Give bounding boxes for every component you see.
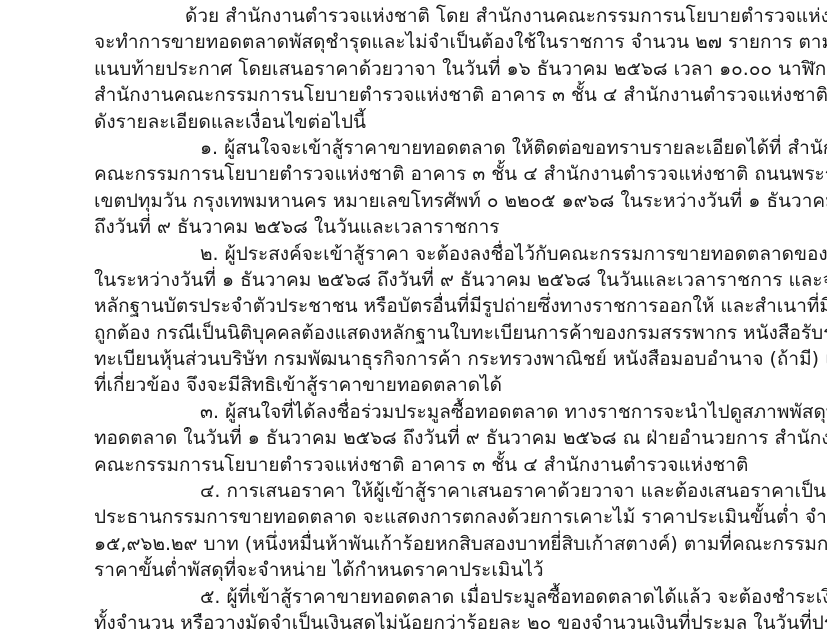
paragraph-intro: ด้วย สำนักงานตำรวจแห่งชาติ โดย สำนักงานค… bbox=[94, 3, 774, 135]
text-line: จะทำการขายทอดตลาดพัสดุชำรุดและไม่จำเป็นต… bbox=[94, 29, 774, 55]
text-line: ดังรายละเอียดและเงื่อนไขต่อไปนี้ bbox=[94, 109, 774, 135]
text-line: สำนักงานคณะกรรมการนโยบายตำรวจแห่งชาติ อา… bbox=[94, 82, 774, 108]
text-line: ๓. ผู้สนใจที่ได้ลงชื่อร่วมประมูลซื้อทอดต… bbox=[94, 399, 774, 425]
text-line: ๒. ผู้ประสงค์จะเข้าสู้ราคา จะต้องลงชื่อไ… bbox=[94, 241, 774, 267]
text-line: ที่เกี่ยวข้อง จึงจะมีสิทธิเข้าสู้ราคาขาย… bbox=[94, 372, 774, 398]
text-line: ๑. ผู้สนใจจะเข้าสู้ราคาขายทอดตลาด ให้ติด… bbox=[94, 135, 774, 161]
announcement-body: ด้วย สำนักงานตำรวจแห่งชาติ โดย สำนักงานค… bbox=[94, 3, 774, 630]
text-line: ๕. ผู้ที่เข้าสู้ราคาขายทอดตลาด เมื่อประม… bbox=[94, 584, 774, 610]
text-line: หลักฐานบัตรประจำตัวประชาชน หรือบัตรอื่นท… bbox=[94, 293, 774, 319]
text-line: คณะกรรมการนโยบายตำรวจแห่งชาติ อาคาร ๓ ชั… bbox=[94, 161, 774, 187]
scanned-document-page: ด้วย สำนักงานตำรวจแห่งชาติ โดย สำนักงานค… bbox=[0, 0, 827, 630]
text-line: ทะเบียนหุ้นส่วนบริษัท กรมพัฒนาธุรกิจการค… bbox=[94, 346, 774, 372]
paragraph-clause-4: ๔. การเสนอราคา ให้ผู้เข้าสู้ราคาเสนอราคา… bbox=[94, 478, 774, 584]
text-line: ๔. การเสนอราคา ให้ผู้เข้าสู้ราคาเสนอราคา… bbox=[94, 478, 774, 504]
paragraph-clause-3: ๓. ผู้สนใจที่ได้ลงชื่อร่วมประมูลซื้อทอดต… bbox=[94, 399, 774, 478]
text-line: แนบท้ายประกาศ โดยเสนอราคาด้วยวาจา ในวันท… bbox=[94, 56, 774, 82]
text-line: ทั้งจำนวน หรือวางมัดจำเป็นเงินสดไม่น้อยก… bbox=[94, 610, 774, 630]
text-line: ในระหว่างวันที่ ๑ ธันวาคม ๒๕๖๘ ถึงวันที่… bbox=[94, 267, 774, 293]
text-line: ถึงวันที่ ๙ ธันวาคม ๒๕๖๘ ในวันและเวลาราช… bbox=[94, 214, 774, 240]
text-line: ด้วย สำนักงานตำรวจแห่งชาติ โดย สำนักงานค… bbox=[94, 3, 774, 29]
paragraph-clause-1: ๑. ผู้สนใจจะเข้าสู้ราคาขายทอดตลาด ให้ติด… bbox=[94, 135, 774, 241]
paragraph-clause-2: ๒. ผู้ประสงค์จะเข้าสู้ราคา จะต้องลงชื่อไ… bbox=[94, 241, 774, 399]
text-line: ๑๕,๙๖๒.๒๙ บาท (หนึ่งหมื่นห้าพันเก้าร้อยห… bbox=[94, 531, 774, 557]
text-line: ราคาขั้นต่ำพัสดุที่จะจำหน่าย ได้กำหนดราค… bbox=[94, 557, 774, 583]
text-line: ถูกต้อง กรณีเป็นนิติบุคคลต้องแสดงหลักฐาน… bbox=[94, 320, 774, 346]
text-line: ทอดตลาด ในวันที่ ๑ ธันวาคม ๒๕๖๘ ถึงวันที… bbox=[94, 425, 774, 451]
text-line: คณะกรรมการนโยบายตำรวจแห่งชาติ อาคาร ๓ ชั… bbox=[94, 452, 774, 478]
paragraph-clause-5: ๕. ผู้ที่เข้าสู้ราคาขายทอดตลาด เมื่อประม… bbox=[94, 584, 774, 630]
text-line: เขตปทุมวัน กรุงเทพมหานคร หมายเลขโทรศัพท์… bbox=[94, 188, 774, 214]
text-line: ประธานกรรมการขายทอดตลาด จะแสดงการตกลงด้ว… bbox=[94, 504, 774, 530]
